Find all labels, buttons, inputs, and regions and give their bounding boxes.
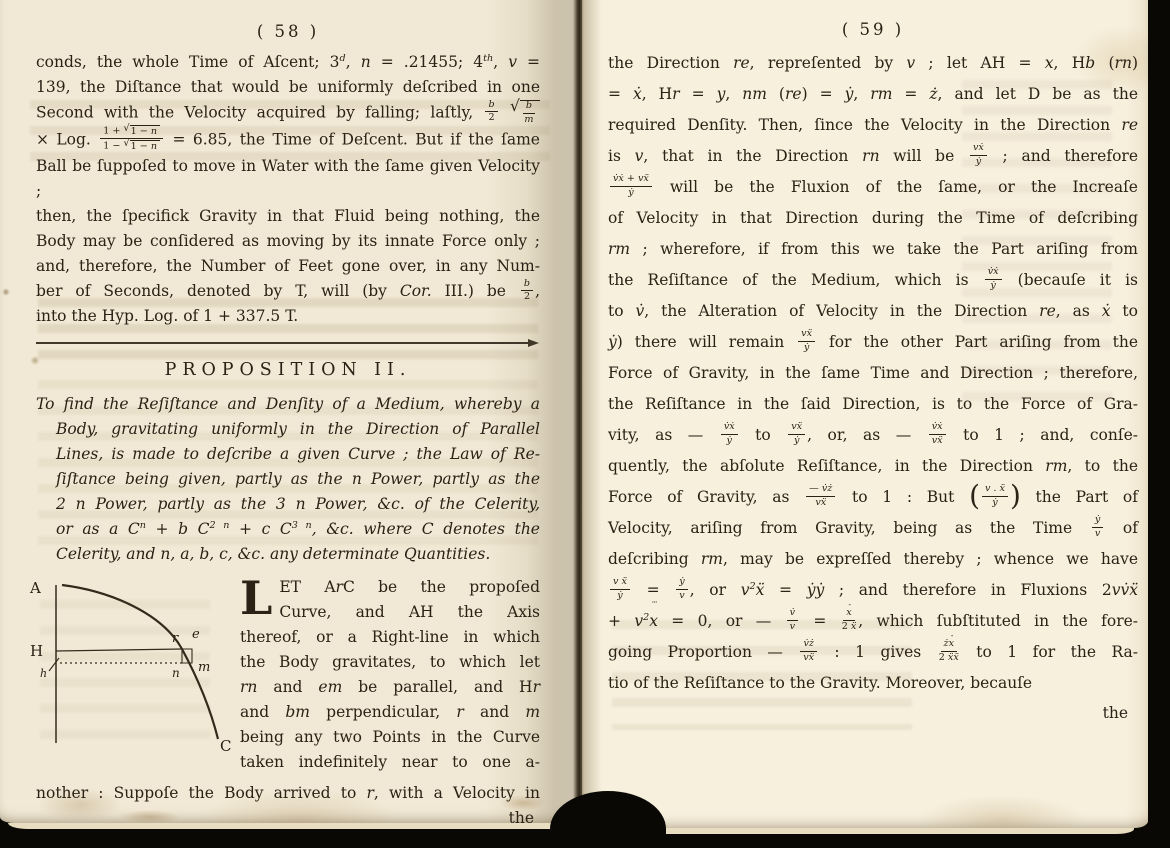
diagram-label-r: r xyxy=(172,631,179,646)
text-line: tio of the Reſiſtance to the Gravity. Mo… xyxy=(608,668,1138,699)
diagram-label-C: C xyxy=(220,737,231,755)
text-line: being any two Points in the Curve xyxy=(240,725,540,750)
text-line: vity, as — v̇ẋẏ to vẍẏ, or, as — v̇ẋvẍ t… xyxy=(608,420,1138,451)
inline-fraction: 1 + √1 − n1 − √1 − n xyxy=(98,125,165,152)
inline-fraction: b2 xyxy=(483,100,499,123)
inline-fraction: vẋẏ xyxy=(968,143,989,166)
text-line: Velocity, ariſing from Gravity, being as… xyxy=(608,513,1138,544)
diagram-label-m: m xyxy=(198,660,210,675)
diagram-label-e: e xyxy=(192,627,200,642)
text-line: the Body gravitates, to which let xyxy=(240,650,540,675)
text-line: = ẋ, Hr = y, nm (re) = ẏ, rm = ż, and le… xyxy=(608,79,1138,110)
radical-sign: √bm xyxy=(510,100,540,127)
inline-fraction: v . ẍẏ xyxy=(980,484,1010,507)
text-line: is v, that in the Direction rn will be v… xyxy=(608,141,1138,172)
text-line: Ball be ſuppoſed to move in Water with t… xyxy=(36,154,540,204)
diagram-label-h: h xyxy=(40,667,47,680)
text-line: rm ; wherefore, if from this we take the… xyxy=(608,234,1138,265)
inline-fraction: ẏv xyxy=(674,577,689,600)
section-divider xyxy=(36,342,536,344)
book-scan: ( 58 ) conds, the whole Time of Aſcent; … xyxy=(0,0,1170,848)
text-line: Lines, is made to deſcribe a given Curve… xyxy=(36,442,540,467)
inline-fraction: vẍẏ xyxy=(796,329,817,352)
text-line: going Proportion — v̇żvẍ : 1 gives żx2 ẍ… xyxy=(608,637,1138,668)
drop-cap: L xyxy=(240,575,279,618)
text-line: required Denſity. Then, ſince the Veloci… xyxy=(608,110,1138,141)
full-width-line: nother : Suppoſe the Body arrived to r, … xyxy=(36,781,540,806)
inline-fraction: vẍẏ xyxy=(786,422,807,445)
right-page-text: ( 59 ) the Direction re, repreſented by … xyxy=(608,20,1138,727)
text-line: v̇ẋ + vẍẏ will be the Fluxion of the ſam… xyxy=(608,172,1138,203)
inline-fraction: żx2 ẍẍ xyxy=(937,639,961,662)
text-line: the Reſiſtance in the ſaid Direction, is… xyxy=(608,389,1138,420)
radical-sign: √1 − n xyxy=(124,140,161,152)
inline-fraction: v̇v xyxy=(785,608,800,631)
text-line: then, the ſpecifick Gravity in that Flui… xyxy=(36,204,540,229)
radical-sign: √1 − n xyxy=(124,125,161,137)
text-line: Force of Gravity, as — v̇żvẍ to 1 : But … xyxy=(608,482,1138,513)
text-line: ẏ) there will remain vẍẏ for the other P… xyxy=(608,327,1138,358)
right-page: ( 59 ) the Direction re, repreſented by … xyxy=(582,0,1148,828)
page-under-edge xyxy=(8,823,564,829)
tick-h xyxy=(49,658,59,671)
catchword-right: the xyxy=(608,699,1138,727)
divider-arrow-tip xyxy=(528,339,539,347)
inline-fraction: ẏv xyxy=(1090,515,1105,538)
text-line: Force of Gravity, in the ſame Time and D… xyxy=(608,358,1138,389)
text-line: 139, the Diſtance that would be uniforml… xyxy=(36,75,540,100)
text-line: thereof, or a Right-line in which xyxy=(240,625,540,650)
text-line: or as a Cn + b C2 n + c C3 n, &c. where … xyxy=(36,517,540,542)
text-line: quently, the abſolute Reſiſtance, in the… xyxy=(608,451,1138,482)
inline-fraction: v̇ẋ + vẍẏ xyxy=(608,174,654,197)
inline-fraction: v̇ẋẏ xyxy=(719,422,740,445)
text-line: ET ArC be the propoſed xyxy=(240,575,540,600)
inline-fraction: bm xyxy=(521,101,537,124)
text-line: rn and em be parallel, and Hr xyxy=(240,675,540,700)
proposition-heading: PROPOSITION II. xyxy=(36,360,540,380)
page-number-58: ( 58 ) xyxy=(36,22,540,41)
text-line: and bm perpendicular, r and m xyxy=(240,700,540,725)
inline-fraction: x2 ẍ xyxy=(840,608,859,631)
diagram-label-H: H xyxy=(30,642,43,660)
main-text: the Direction re, repreſented by v ; let… xyxy=(608,48,1138,699)
text-line: conds, the whole Time of Aſcent; 3d, n =… xyxy=(36,50,540,75)
text-line: ſiſtance being given, partly as the n Po… xyxy=(36,467,540,492)
text-line: v ẍẏ = ẏv, or v2ẍ = ẏẏ ; and therefore i… xyxy=(608,575,1138,606)
inline-fraction: v̇ẋẏ xyxy=(983,267,1004,290)
geometry-figure: A H h r e n m C xyxy=(26,577,238,755)
left-page: ( 58 ) conds, the whole Time of Aſcent; … xyxy=(0,0,578,823)
page-under-edge xyxy=(594,828,1134,834)
foxing-spot xyxy=(2,288,10,296)
text-line: Second with the Velocity acquired by fal… xyxy=(36,100,540,127)
text-line: ber of Seconds, denoted by T, will (by C… xyxy=(36,279,540,304)
inline-fraction: v̇ẋvẍ xyxy=(927,422,948,445)
text-line: nother : Suppoſe the Body arrived to r, … xyxy=(36,781,540,806)
text-line: Celerity, and n, a, b, c, &c. any determ… xyxy=(36,542,540,567)
text-line: of Velocity in that Direction during the… xyxy=(608,203,1138,234)
paragraph-continuation: conds, the whole Time of Aſcent; 3d, n =… xyxy=(36,50,540,329)
curve-ArC xyxy=(62,585,218,739)
text-line: + v2x = 0, or — v̇v = x2 ẍ, which ſubſti… xyxy=(608,606,1138,637)
text-line: into the Hyp. Log. of 1 + 337.5 T. xyxy=(36,304,540,329)
text-line: deſcribing rm, may be expreſſed thereby … xyxy=(608,544,1138,575)
page-number-59: ( 59 ) xyxy=(608,20,1138,39)
inline-fraction: v ẍẏ xyxy=(608,577,632,600)
text-line: Curve, and AH the Axis xyxy=(240,600,540,625)
text-line: the Reſiſtance of the Medium, which is v… xyxy=(608,265,1138,296)
text-line: the Direction re, repreſented by v ; let… xyxy=(608,48,1138,79)
book-gutter xyxy=(573,0,584,832)
text-line: 2 n Power, partly as the 3 n Power, &c. … xyxy=(36,492,540,517)
proposition-statement: To find the Reſiſtance and Denſity of a … xyxy=(36,392,540,567)
text-line: and, therefore, the Number of Feet gone … xyxy=(36,254,540,279)
text-line: × Log. 1 + √1 − n1 − √1 − n = 6.85, the … xyxy=(36,127,540,154)
diagram-label-n: n xyxy=(172,666,180,680)
inline-fraction: v̇żvẍ xyxy=(798,639,818,662)
left-page-text: ( 58 ) conds, the whole Time of Aſcent; … xyxy=(36,22,540,830)
text-line: Body, gravitating uniformly in the Direc… xyxy=(36,417,540,442)
inline-fraction: — v̇żvẍ xyxy=(804,484,837,507)
text-line: To find the Reſiſtance and Denſity of a … xyxy=(36,392,540,417)
line-Hr xyxy=(56,649,182,651)
figure-and-text-section: A H h r e n m C LET ArC be the propoſedC… xyxy=(36,575,540,781)
text-line: to v̇, the Alteration of Velocity in the… xyxy=(608,296,1138,327)
inline-fraction: b2 xyxy=(519,279,535,302)
lead-paragraph: LET ArC be the propoſedCurve, and AH the… xyxy=(240,575,540,775)
diagram-label-A: A xyxy=(29,579,41,597)
text-line: taken indefinitely near to one a- xyxy=(240,750,540,775)
text-line: Body may be conſidered as moving by its … xyxy=(36,229,540,254)
